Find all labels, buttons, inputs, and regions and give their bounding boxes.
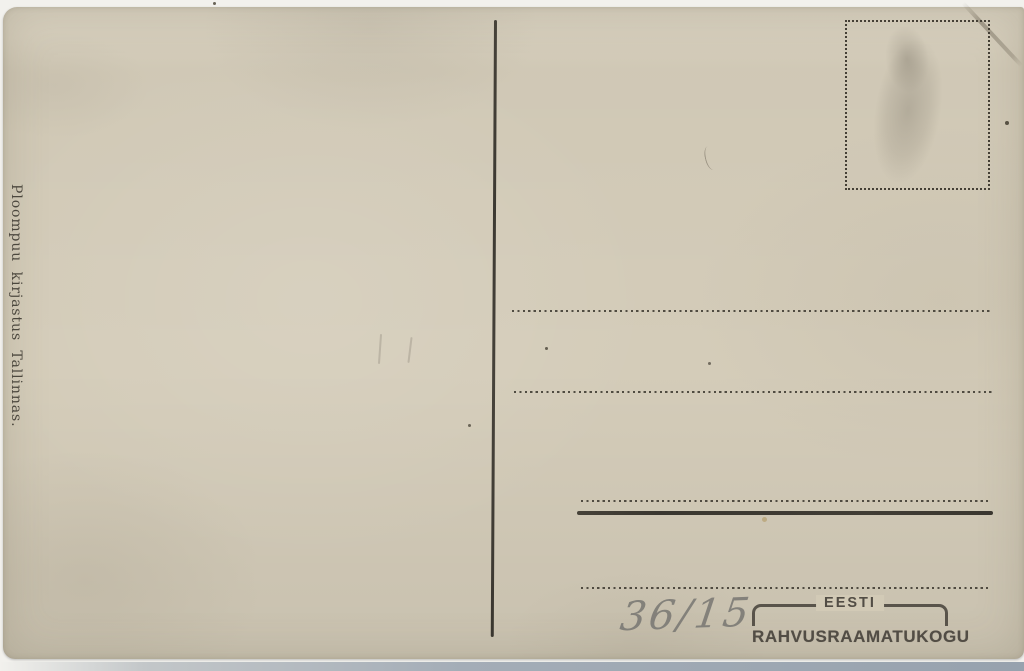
- writing-line-4: [581, 587, 990, 589]
- paper-speck: [1005, 121, 1009, 125]
- paper-speck: [708, 362, 711, 365]
- paper-speck: [468, 424, 471, 427]
- writing-line-2: [514, 391, 992, 393]
- stamp-box: [845, 20, 990, 190]
- scan-shadow: [0, 662, 1024, 671]
- stamp-text-line1: EESTI: [816, 595, 884, 611]
- stamp-text-line2: RAHVUSRAAMATUKOGU: [752, 627, 948, 647]
- postcard-scan: Ploompuu kirjastus Tallinnas. EESTI RAHV…: [0, 0, 1024, 671]
- stamp-bracket: EESTI: [752, 604, 948, 626]
- publisher-imprint: Ploompuu kirjastus Tallinnas.: [2, 184, 24, 452]
- solid-rule-line: [577, 511, 993, 515]
- writing-line-3: [581, 500, 991, 502]
- library-stamp: EESTI RAHVUSRAAMATUKOGU: [752, 604, 948, 654]
- pencil-number: 36/15: [617, 590, 755, 641]
- writing-line-1: [512, 310, 990, 312]
- paper-speck: [213, 2, 216, 5]
- paper-stain-dot: [762, 517, 767, 522]
- paper-speck: [545, 347, 548, 350]
